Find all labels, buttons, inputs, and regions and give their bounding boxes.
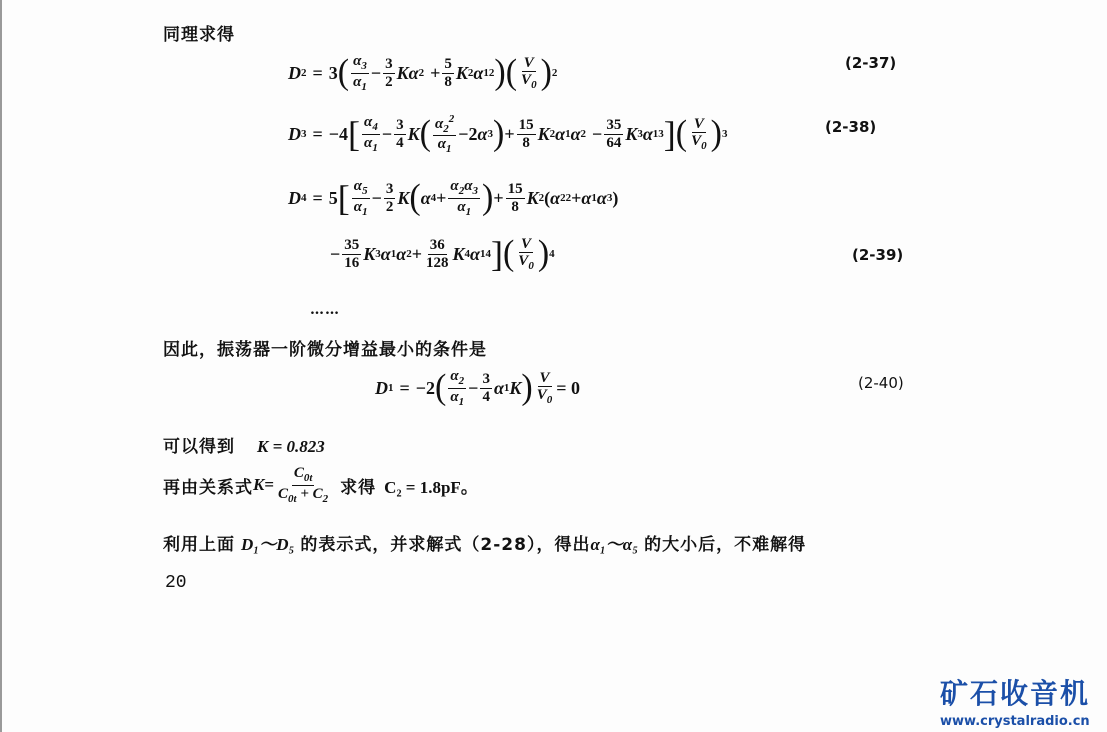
page-left-border — [0, 0, 2, 732]
relation-formula: K=C0tC0t + C2 — [253, 465, 332, 504]
intro-heading: 同理求得 — [163, 20, 235, 45]
equation-d1: D1=−2( α2α1− 34α1K) VV0= 0 — [375, 362, 580, 414]
watermark-logo: 矿石收音机 www.crystalradio.cn — [940, 672, 1090, 729]
page-number: 20 — [165, 573, 187, 593]
equation-d4-line1: D4=5[ α5α1− 32K(α4+ α2α3α1)+ 158K2(α22+α… — [288, 172, 618, 224]
equation-d2: D2=3( α3α1− 32Kα2+ 58K2α12)( VV0)2 — [288, 48, 557, 98]
final-text-2: 的表示式，并求解式（2-28），得出 — [300, 530, 590, 555]
equation-number-2-39: (2-39) — [852, 246, 903, 264]
result-value: K = 0.823 — [257, 437, 325, 457]
a-range: α₁～α₅ — [590, 530, 638, 555]
relation-suffix: 求得 — [340, 473, 376, 498]
equation-number-2-37: (2-37) — [845, 54, 896, 72]
c2-value: C₂ = 1.8pF。 — [384, 473, 478, 498]
condition-text: 因此，振荡器一阶微分增益最小的条件是 — [163, 335, 487, 360]
equation-number-2-38: (2-38) — [825, 118, 876, 136]
d-range: D₁～D₅ — [241, 530, 294, 555]
ellipsis: …… — [310, 302, 340, 318]
equation-number-2-40: (2-40) — [858, 374, 904, 392]
final-text-1: 利用上面 — [163, 530, 235, 555]
watermark-title: 矿石收音机 — [940, 672, 1090, 712]
relation-prefix: 再由关系式 — [163, 473, 253, 498]
result-prefix: 可以得到 — [163, 432, 235, 457]
final-text-3: 的大小后，不难解得 — [644, 530, 806, 555]
equation-d3: D3=−4[ α4α1− 34K( α22α1−2α3)+ 158K2α1α2−… — [288, 108, 727, 160]
watermark-url: www.crystalradio.cn — [940, 714, 1090, 729]
equation-d4-line2: −3516K3α1α2+ 36128K4α14]( VV0)4 — [330, 228, 555, 280]
result-k-line: 可以得到 K = 0.823 — [163, 432, 325, 457]
relation-line: 再由关系式 K=C0tC0t + C2 求得 C₂ = 1.8pF。 — [163, 463, 478, 507]
final-line: 利用上面 D₁～D₅ 的表示式，并求解式（2-28），得出 α₁～α₅ 的大小后… — [163, 530, 806, 555]
